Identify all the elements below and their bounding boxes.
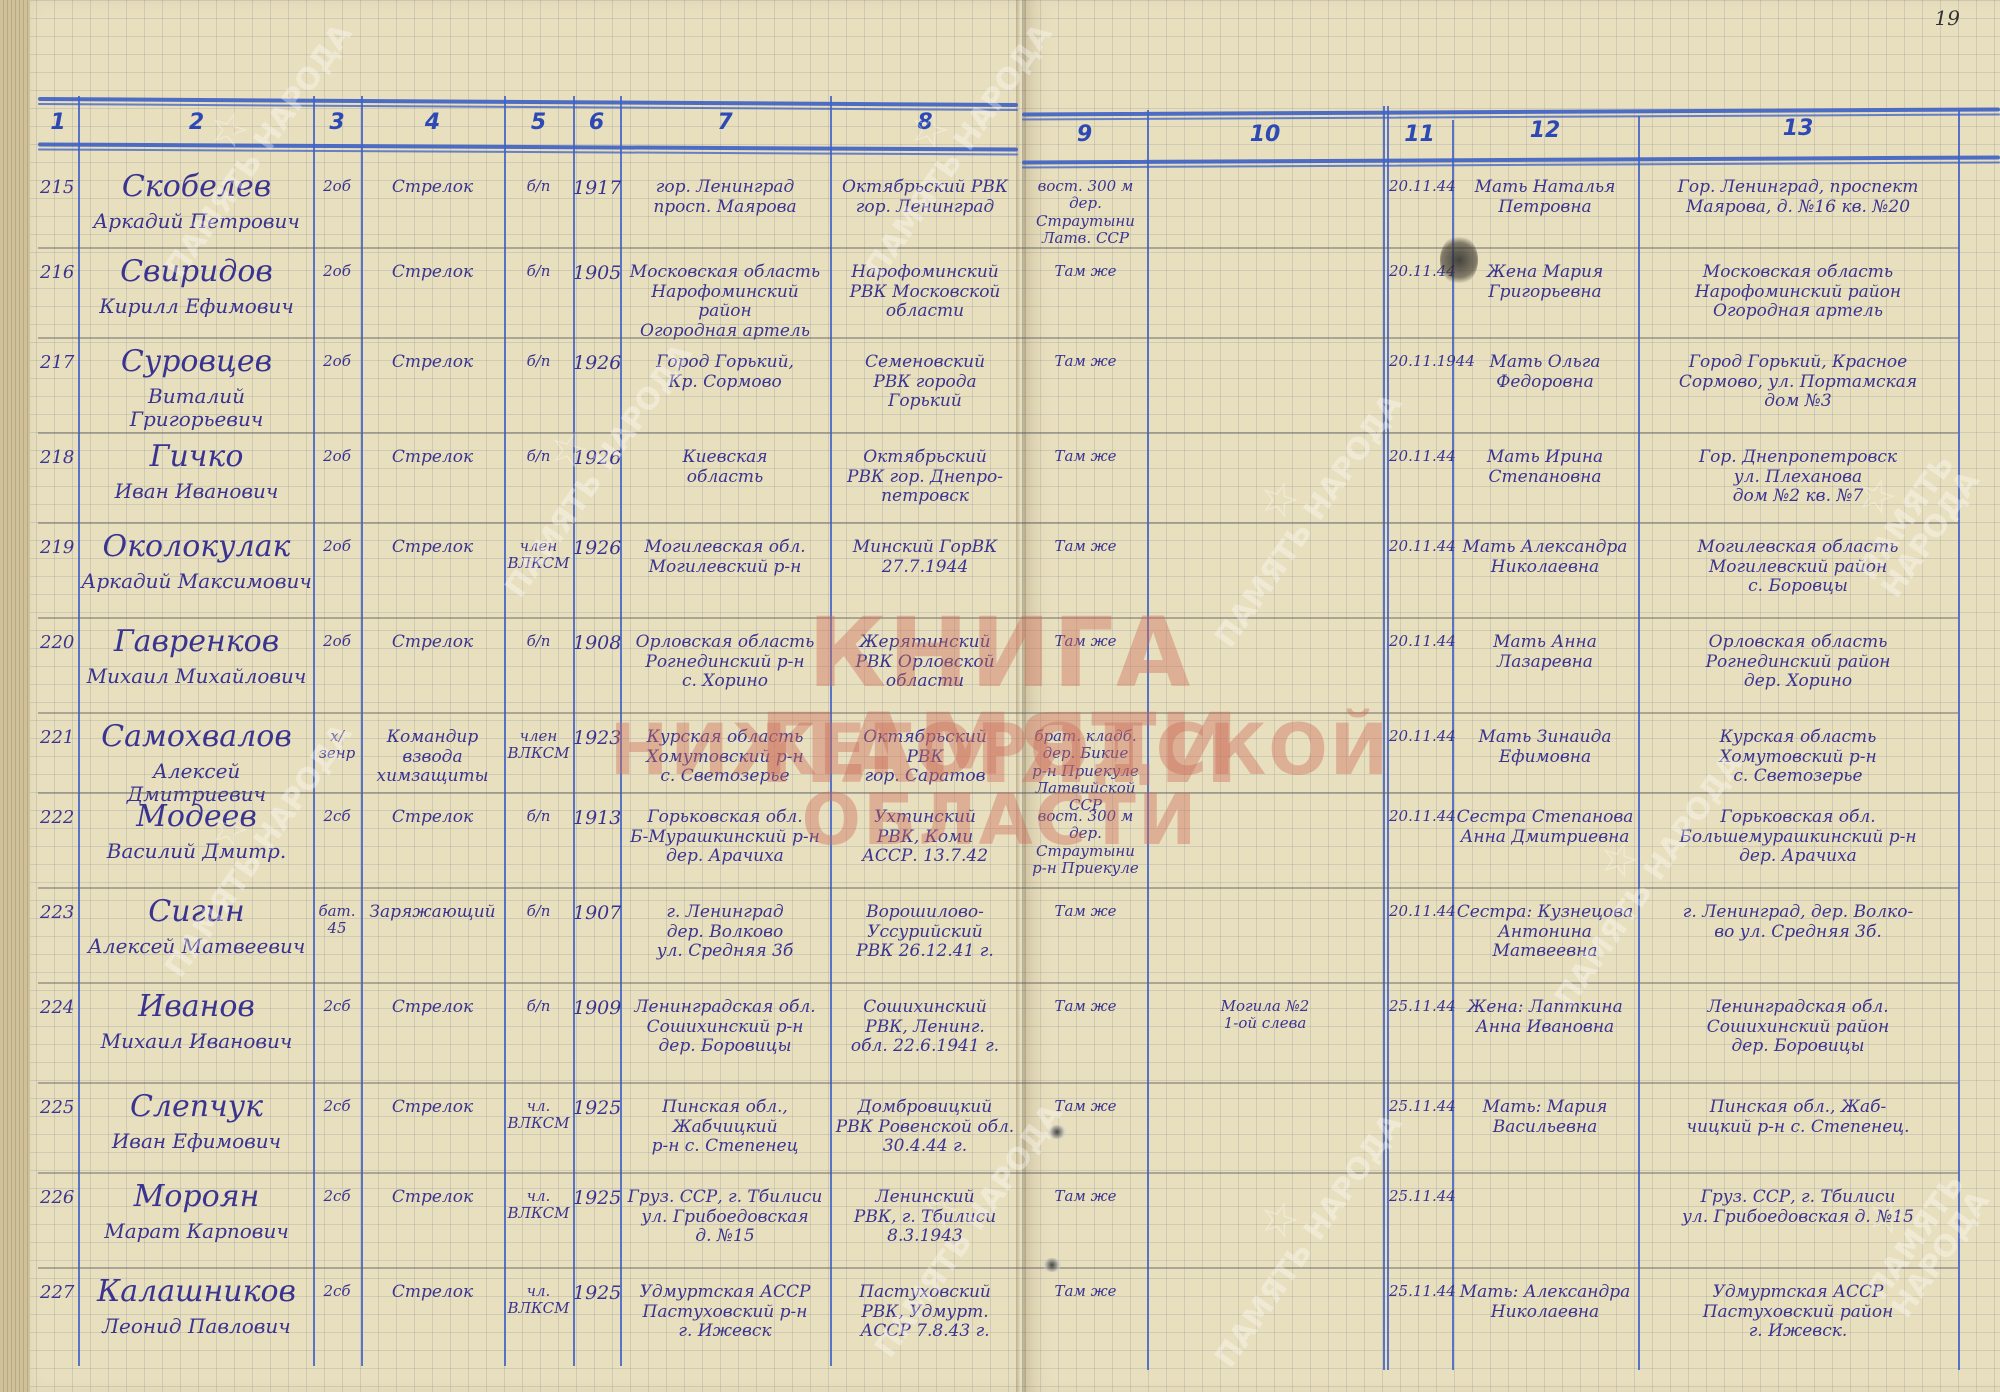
unit: 2об — [313, 538, 361, 555]
relative: Сестра: Кузнецова Антонина Матвеевна — [1452, 903, 1638, 962]
book-binding — [0, 0, 30, 1392]
party-status: б/п — [504, 178, 573, 195]
draft-office: Минский ГорВК 27.7.1944 — [830, 538, 1020, 577]
date: 25.11.44 — [1389, 998, 1452, 1015]
given-names: Алексей Матвеевич — [80, 935, 313, 958]
relative: Мать Ирина Степановна — [1452, 448, 1638, 487]
birth-year: 1923 — [573, 728, 620, 750]
relative: Мать Ольга Федоровна — [1452, 353, 1638, 392]
burial-place: Там же — [1024, 353, 1147, 370]
birthplace: Курская область Хомутовский р-н с. Свето… — [620, 728, 830, 787]
paper-damage — [1042, 1258, 1062, 1272]
burial-place: Там же — [1024, 1098, 1147, 1115]
burial-place: Там же — [1024, 633, 1147, 650]
surname: Сигин — [80, 895, 313, 930]
relative: Жена: Лапткина Анна Ивановна — [1452, 998, 1638, 1037]
birth-year: 1925 — [573, 1188, 620, 1210]
row-divider — [38, 982, 1958, 984]
birth-year: 1907 — [573, 903, 620, 925]
record-number: 223 — [40, 903, 78, 924]
draft-office: Нарофоминский РВК Московской области — [830, 263, 1020, 322]
position: Стрелок — [361, 1283, 504, 1303]
column-number: 13 — [1638, 116, 1958, 146]
relative-address: г. Ленинград, дер. Волко- во ул. Средняя… — [1638, 903, 1958, 942]
record-number: 216 — [40, 263, 78, 284]
surname: Суровцев — [80, 345, 313, 380]
unit: 2об — [313, 448, 361, 465]
burial-place: вост. 300 м дер. Страутыни р-н Приекуле — [1024, 808, 1147, 877]
relative-address: Гор. Днепропетровск ул. Плеханова дом №2… — [1638, 448, 1958, 507]
birthplace: гор. Ленинград просп. Маярова — [620, 178, 830, 217]
row-divider — [38, 432, 1958, 434]
birth-year: 1925 — [573, 1098, 620, 1120]
party-status: б/п — [504, 448, 573, 465]
surname: Слепчук — [80, 1090, 313, 1125]
grave-note: Могила №2 1-ой слева — [1147, 998, 1383, 1033]
relative-address: Удмуртская АССР Пастуховский район г. Иж… — [1638, 1283, 1958, 1342]
column-number: 1 — [38, 110, 78, 140]
given-names: Иван Ефимович — [80, 1130, 313, 1153]
draft-office: Ленинский РВК, г. Тбилиси 8.3.1943 — [830, 1188, 1020, 1247]
draft-office: Октябрьский РВК гор. Саратов — [830, 728, 1020, 787]
given-names: Аркадий Максимович — [80, 570, 313, 593]
surname: Мороян — [80, 1180, 313, 1215]
birth-year: 1905 — [573, 263, 620, 285]
burial-place: Там же — [1024, 448, 1147, 465]
column-number: 9 — [1022, 122, 1147, 152]
date: 20.11.44 — [1389, 538, 1452, 555]
unit: 2сб — [313, 1188, 361, 1205]
unit: бат. 45 — [313, 903, 361, 938]
burial-place: Там же — [1024, 538, 1147, 555]
column-number: 8 — [830, 110, 1020, 140]
surname: Гичко — [80, 440, 313, 475]
burial-place: Там же — [1024, 1283, 1147, 1300]
draft-office: Ухтинский РВК, Коми АССР. 13.7.42 — [830, 808, 1020, 867]
row-divider — [38, 337, 1958, 339]
birthplace: Орловская область Рогнединский р-н с. Хо… — [620, 633, 830, 692]
unit: 2об — [313, 178, 361, 195]
column-divider — [1958, 110, 1960, 1370]
position: Стрелок — [361, 353, 504, 373]
position: Командир взвода химзащиты — [361, 728, 504, 787]
surname: Свиридов — [80, 255, 313, 290]
position: Стрелок — [361, 1188, 504, 1208]
relative: Мать Наталья Петровна — [1452, 178, 1638, 217]
row-divider — [38, 712, 1958, 714]
column-number: 4 — [361, 110, 504, 140]
record-number: 225 — [40, 1098, 78, 1119]
birth-year: 1908 — [573, 633, 620, 655]
date: 20.11.44 — [1389, 178, 1452, 195]
date: 25.11.44 — [1389, 1098, 1452, 1115]
burial-place: вост. 300 м дер. Страутыни Латв. ССР — [1024, 178, 1147, 247]
record-number: 218 — [40, 448, 78, 469]
burial-place: Там же — [1024, 1188, 1147, 1205]
surname: Калашников — [80, 1275, 313, 1310]
party-status: б/п — [504, 903, 573, 920]
row-divider — [38, 247, 1958, 249]
unit: 2об — [313, 263, 361, 280]
relative: Мать Анна Лазаревна — [1452, 633, 1638, 672]
column-divider — [1147, 110, 1149, 1370]
record-number: 222 — [40, 808, 78, 829]
position: Стрелок — [361, 178, 504, 198]
date: 20.11.44 — [1389, 633, 1452, 650]
given-names: Василий Дмитр. — [80, 840, 313, 863]
position: Стрелок — [361, 633, 504, 653]
position: Стрелок — [361, 1098, 504, 1118]
birth-year: 1926 — [573, 538, 620, 560]
relative-address: Ленинградская обл. Сошихинский район дер… — [1638, 998, 1958, 1057]
relative-address: Орловская область Рогнединский район дер… — [1638, 633, 1958, 692]
relative-address: Горьковская обл. Большемурашкинский р-н … — [1638, 808, 1958, 867]
column-number: 2 — [80, 110, 313, 140]
unit: 2сб — [313, 1098, 361, 1115]
relative: Мать Александра Николаевна — [1452, 538, 1638, 577]
birth-year: 1926 — [573, 353, 620, 375]
unit: 2об — [313, 633, 361, 650]
surname: Иванов — [80, 990, 313, 1025]
relative-address: Пинская обл., Жаб- чицкий р-н с. Степене… — [1638, 1098, 1958, 1137]
paper-damage — [1047, 1125, 1067, 1139]
position: Стрелок — [361, 998, 504, 1018]
unit: 2сб — [313, 808, 361, 825]
relative: Мать: Александра Николаевна — [1452, 1283, 1638, 1322]
given-names: Кирилл Ефимович — [80, 295, 313, 318]
draft-office: Домбровицкий РВК Ровенской обл. 30.4.44 … — [830, 1098, 1020, 1157]
surname: Модеев — [80, 800, 313, 835]
column-number: 3 — [313, 110, 361, 140]
birthplace: Московская область Нарофоминский район О… — [620, 263, 830, 341]
row-divider — [38, 617, 1958, 619]
party-status: б/п — [504, 633, 573, 650]
birthplace: Удмуртская АССР Пастуховский р-н г. Ижев… — [620, 1283, 830, 1342]
column-number: 5 — [504, 110, 573, 140]
given-names: Леонид Павлович — [80, 1315, 313, 1338]
relative-address: Груз. ССР, г. Тбилиси ул. Грибоедовская … — [1638, 1188, 1958, 1227]
given-names: Михаил Иванович — [80, 1030, 313, 1053]
burial-place: Там же — [1024, 263, 1147, 280]
draft-office: Ворошилово- Уссурийский РВК 26.12.41 г. — [830, 903, 1020, 962]
record-number: 221 — [40, 728, 78, 749]
surname: Скобелев — [80, 170, 313, 205]
record-number: 227 — [40, 1283, 78, 1304]
column-number: 7 — [620, 110, 830, 140]
birthplace: г. Ленинград дер. Волково ул. Средняя 3б — [620, 903, 830, 962]
burial-place: Там же — [1024, 903, 1147, 920]
date: 20.11.44 — [1389, 808, 1452, 825]
column-number: 12 — [1452, 118, 1638, 148]
row-divider — [38, 1172, 1958, 1174]
party-status: б/п — [504, 998, 573, 1015]
row-divider — [38, 1267, 1958, 1269]
page-number: 19 — [1935, 6, 1960, 30]
record-number: 217 — [40, 353, 78, 374]
draft-office: Октябрьский РВК гор. Днепро- петровск — [830, 448, 1020, 507]
draft-office: Семеновский РВК города Горький — [830, 353, 1020, 412]
birth-year: 1913 — [573, 808, 620, 830]
party-status: б/п — [504, 263, 573, 280]
date: 25.11.44 — [1389, 1283, 1452, 1300]
birth-year: 1926 — [573, 448, 620, 470]
position: Стрелок — [361, 448, 504, 468]
date: 25.11.44 — [1389, 1188, 1452, 1205]
given-names: Виталий Григорьевич — [80, 385, 313, 431]
position: Стрелок — [361, 808, 504, 828]
ink-blot — [1440, 235, 1478, 285]
given-names: Аркадий Петрович — [80, 210, 313, 233]
column-divider — [1383, 106, 1385, 1370]
burial-place: Там же — [1024, 998, 1147, 1015]
date: 20.11.44 — [1389, 728, 1452, 745]
date: 20.11.44 — [1389, 448, 1452, 465]
party-status: чл. ВЛКСМ — [504, 1188, 573, 1223]
position: Заряжающий — [361, 903, 504, 923]
unit: 2сб — [313, 998, 361, 1015]
birth-year: 1909 — [573, 998, 620, 1020]
birth-year: 1925 — [573, 1283, 620, 1305]
surname: Околокулак — [80, 530, 313, 565]
given-names: Михаил Михайлович — [80, 665, 313, 688]
record-number: 224 — [40, 998, 78, 1019]
row-divider — [38, 792, 1958, 794]
position: Стрелок — [361, 538, 504, 558]
relative-address: Гор. Ленинград, проспект Маярова, д. №16… — [1638, 178, 1958, 217]
party-status: б/п — [504, 808, 573, 825]
birthplace: Город Горький, Кр. Сормово — [620, 353, 830, 392]
surname: Гавренков — [80, 625, 313, 660]
party-status: чл. ВЛКСМ — [504, 1098, 573, 1133]
column-number: 11 — [1387, 122, 1452, 152]
draft-office: Октябрьский РВК гор. Ленинград — [830, 178, 1020, 217]
relative: Сестра Степанова Анна Дмитриевна — [1452, 808, 1638, 847]
record-number: 226 — [40, 1188, 78, 1209]
birthplace: Ленинградская обл. Сошихинский р-н дер. … — [620, 998, 830, 1057]
date: 20.11.44 — [1389, 903, 1452, 920]
birthplace: Груз. ССР, г. Тбилиси ул. Грибоедовская … — [620, 1188, 830, 1247]
relative: Мать Зинаида Ефимовна — [1452, 728, 1638, 767]
given-names: Иван Иванович — [80, 480, 313, 503]
relative-address: Могилевская область Могилевский район с.… — [1638, 538, 1958, 597]
birthplace: Пинская обл., Жабчицкий р-н с. Степенец — [620, 1098, 830, 1157]
relative-address: Московская область Нарофоминский район О… — [1638, 263, 1958, 322]
party-status: чл. ВЛКСМ — [504, 1283, 573, 1318]
party-status: член ВЛКСМ — [504, 538, 573, 573]
date: 20.11.1944 — [1389, 353, 1452, 370]
party-status: член ВЛКСМ — [504, 728, 573, 763]
row-divider — [38, 887, 1958, 889]
relative-address: Курская область Хомутовский р-н с. Свето… — [1638, 728, 1958, 787]
unit: 2об — [313, 353, 361, 370]
unit: 2сб — [313, 1283, 361, 1300]
row-divider — [38, 522, 1958, 524]
surname: Самохвалов — [80, 720, 313, 755]
birth-year: 1917 — [573, 178, 620, 200]
draft-office: Сошихинский РВК, Ленинг. обл. 22.6.1941 … — [830, 998, 1020, 1057]
party-status: б/п — [504, 353, 573, 370]
draft-office: Пастуховский РВК, Удмурт. АССР 7.8.43 г. — [830, 1283, 1020, 1342]
column-number: 6 — [573, 110, 620, 140]
unit: х/зенр — [313, 728, 361, 763]
column-number: 10 — [1147, 122, 1383, 152]
record-number: 215 — [40, 178, 78, 199]
burial-place: брат. кладб. дер. Бикие р-н Приекуле Лат… — [1024, 728, 1147, 814]
record-number: 219 — [40, 538, 78, 559]
birthplace: Могилевская обл. Могилевский р-н — [620, 538, 830, 577]
birthplace: Киевская область — [620, 448, 830, 487]
row-divider — [38, 1082, 1958, 1084]
given-names: Марат Карпович — [80, 1220, 313, 1243]
birthplace: Горьковская обл. Б-Мурашкинский р-н дер.… — [620, 808, 830, 867]
relative: Жена Мария Григорьевна — [1452, 263, 1638, 302]
relative: Мать: Мария Васильевна — [1452, 1098, 1638, 1137]
draft-office: Жерятинский РВК Орловской области — [830, 633, 1020, 692]
record-number: 220 — [40, 633, 78, 654]
position: Стрелок — [361, 263, 504, 283]
relative-address: Город Горький, Красное Сормово, ул. Порт… — [1638, 353, 1958, 412]
